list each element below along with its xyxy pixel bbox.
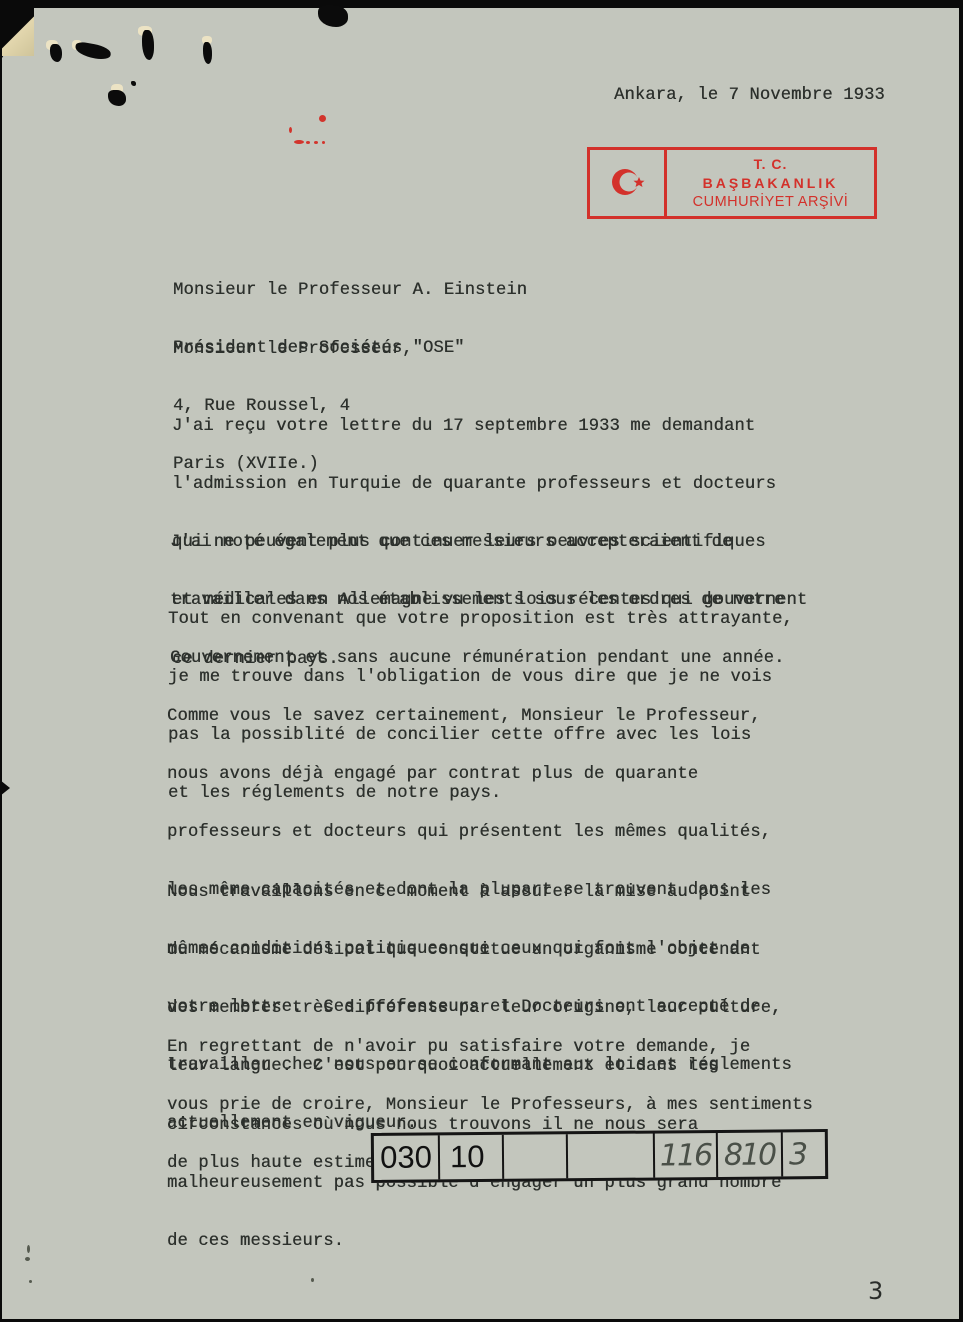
- archive-reference-box: 030 10 116 810 3: [371, 1129, 828, 1183]
- text-line: Nous travaillons en ce moment à assurer …: [167, 883, 781, 902]
- archive-cell: [504, 1134, 568, 1179]
- archive-cell: 116: [655, 1133, 718, 1178]
- folded-corner: [2, 8, 34, 56]
- text-line: Comme vous le savez certainement, Monsie…: [167, 707, 792, 726]
- page-edge-tear: [0, 780, 10, 796]
- archive-cell: 10: [440, 1135, 504, 1180]
- archive-stamp: T. C. BAŞBAKANLIK CUMHURİYET ARŞİVİ: [587, 147, 877, 219]
- text-line: du mécanisme délicat que constitue un or…: [167, 941, 781, 960]
- stamp-emblem: [590, 150, 667, 216]
- text-line: nous avons déjà engagé par contrat plus …: [167, 765, 792, 784]
- text-line: de ces messieurs.: [167, 1232, 781, 1251]
- archive-cell: 3: [783, 1132, 825, 1176]
- stamp-line-archive: CUMHURİYET ARŞİVİ: [693, 193, 849, 212]
- crescent-star-icon: [610, 164, 650, 200]
- archive-cell: 810: [718, 1132, 783, 1177]
- text-line: En regrettant de n'avoir pu satisfaire v…: [167, 1038, 813, 1057]
- text-line: J'ai noté également que ces messieurs ac…: [170, 533, 784, 552]
- text-line: professeurs et docteurs qui présentent l…: [167, 823, 792, 842]
- text-line: vous prie de croire, Monsieur le Profess…: [167, 1096, 813, 1115]
- page-number: 3: [868, 1277, 883, 1305]
- archive-cell: 030: [374, 1135, 440, 1180]
- text-line: l'admission en Turquie de quarante profe…: [172, 475, 807, 494]
- stamp-line-tc: T. C.: [754, 155, 788, 174]
- recipient-line: Monsieur le Professeur A. Einstein: [173, 281, 527, 300]
- stamp-text: T. C. BAŞBAKANLIK CUMHURİYET ARŞİVİ: [667, 150, 874, 216]
- text-line: Tout en convenant que votre proposition …: [168, 610, 793, 629]
- letter-date: Ankara, le 7 Novembre 1933: [614, 86, 885, 105]
- text-line: J'ai reçu votre lettre du 17 septembre 1…: [172, 417, 807, 436]
- salutation: Monsieur le Professeur,: [173, 340, 413, 359]
- stamp-line-basbakanlik: BAŞBAKANLIK: [703, 174, 839, 193]
- archive-cell: [568, 1134, 655, 1179]
